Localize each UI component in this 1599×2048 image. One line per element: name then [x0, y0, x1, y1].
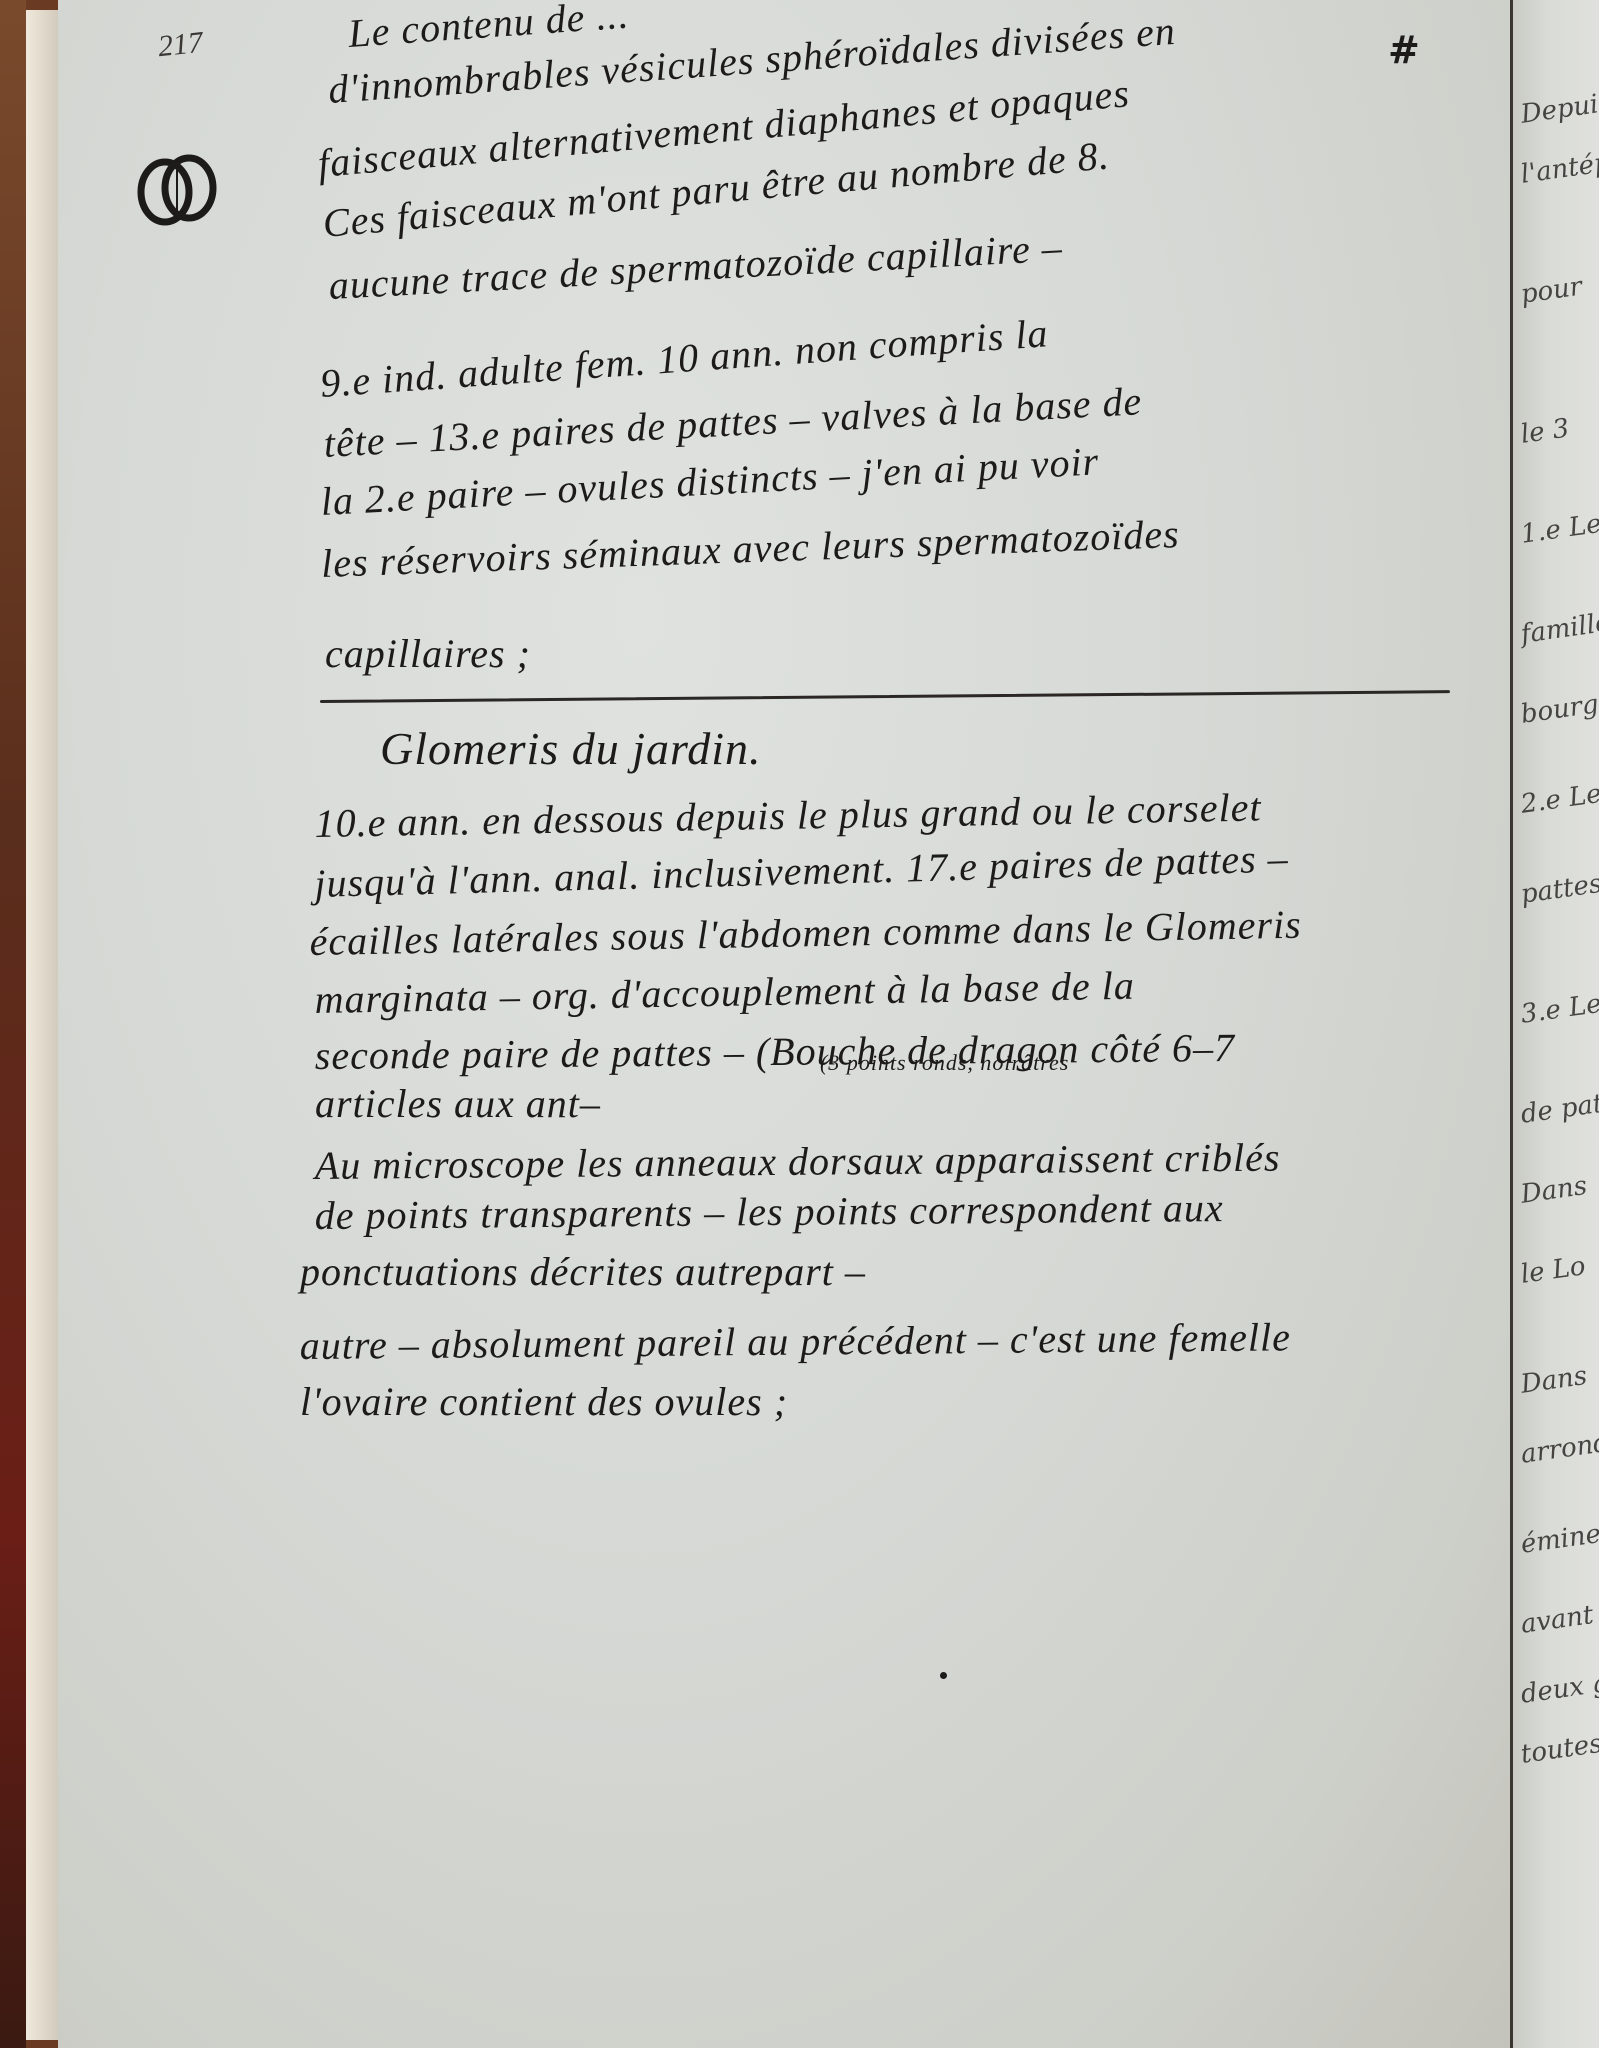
facing-fragment: 1.e Les — [1519, 507, 1599, 550]
margin-hash-mark: # — [1388, 28, 1420, 72]
entry-3-line-11: l'ovaire contient des ovules ; — [300, 1378, 788, 1425]
manuscript-page — [58, 0, 1510, 2048]
facing-fragment: Depuis — [1519, 87, 1599, 129]
facing-fragment: toutes ap — [1519, 1723, 1599, 1770]
entry-2-line-5: capillaires ; — [325, 630, 531, 677]
facing-fragment: pour — [1519, 272, 1584, 310]
facing-fragment: le Lo — [1519, 1251, 1587, 1290]
facing-fragment: Dans — [1519, 1361, 1589, 1400]
double-oval-sketch-icon — [133, 150, 221, 230]
facing-fragment: 2.e Les m — [1519, 772, 1599, 819]
entry-3-line-10: autre – absolument pareil au précédent –… — [300, 1313, 1291, 1369]
entry-3-line-6: articles aux ant– — [315, 1080, 601, 1127]
facing-fragment: de pattes — [1519, 1083, 1599, 1130]
interlinear-note: (3 points ronds, noirâtres — [820, 1050, 1069, 1076]
entry-3-line-5: seconde paire de pattes – (Bouche de dra… — [315, 1024, 1236, 1079]
facing-fragment: avant — [1519, 1600, 1595, 1640]
facing-fragment: bourg, — [1519, 688, 1599, 730]
facing-page: Depuis l'antép pour le 3 1.e Les famille… — [1513, 0, 1599, 2048]
page-edge — [26, 10, 61, 2040]
section-heading: Glomeris du jardin. — [380, 722, 761, 775]
facing-fragment: 3.e Les p — [1519, 984, 1599, 1030]
entry-3-line-7: Au microscope les anneaux dorsaux appara… — [315, 1134, 1281, 1189]
folio-number: 217 — [156, 26, 204, 65]
facing-fragment: le 3 — [1519, 413, 1571, 449]
facing-fragment: arrondis — [1519, 1425, 1599, 1470]
facing-fragment: familles — [1519, 606, 1599, 650]
entry-3-line-9: ponctuations décrites autrepart – — [300, 1248, 866, 1295]
facing-fragment: l'antép — [1519, 148, 1599, 190]
book-binding — [0, 0, 26, 2048]
entry-3-line-8: de points transparents – les points corr… — [315, 1184, 1224, 1239]
ink-dot — [940, 1672, 947, 1679]
facing-fragment: pattes — [1519, 869, 1599, 910]
facing-fragment: éminen — [1519, 1517, 1599, 1560]
facing-fragment: Dans — [1519, 1171, 1589, 1210]
facing-fragment: deux g — [1519, 1668, 1599, 1710]
